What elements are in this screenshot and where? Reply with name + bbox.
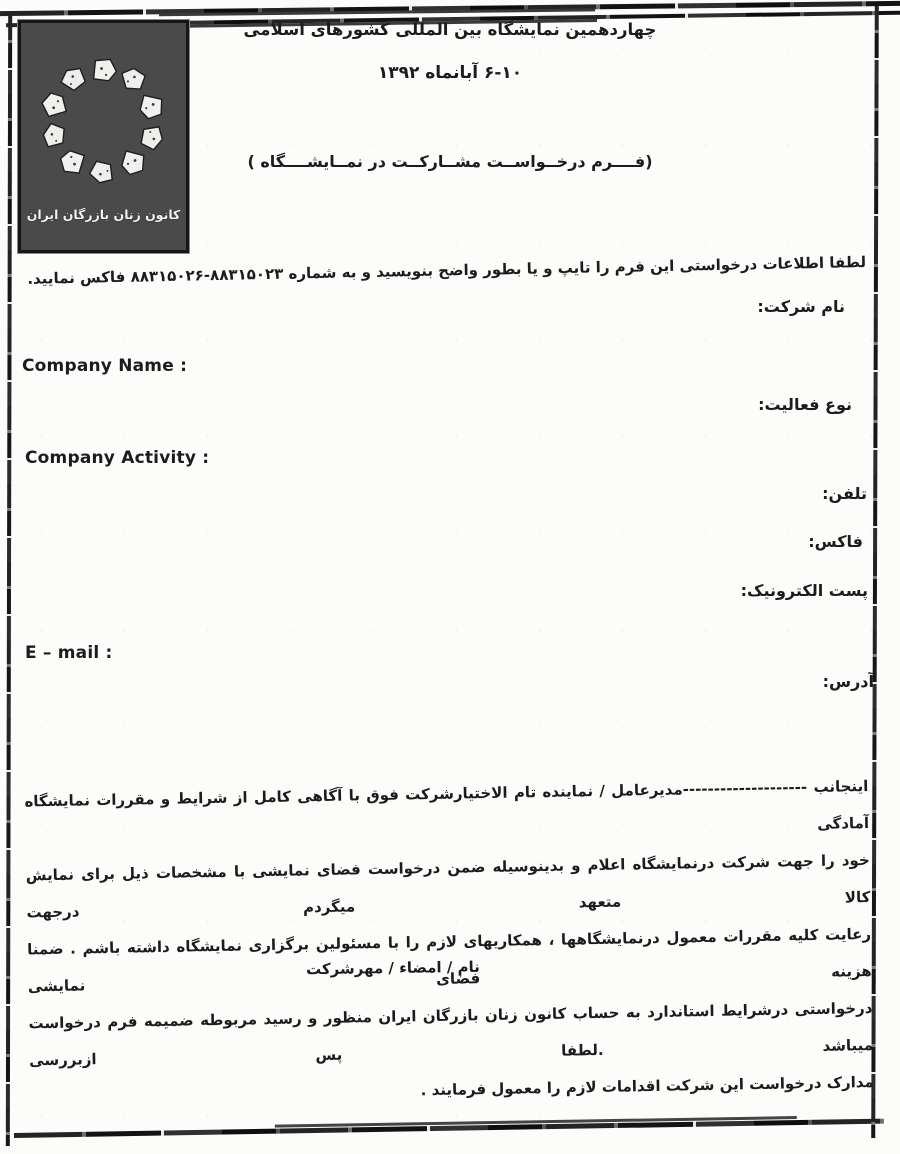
field-label-address-fa: آدرس:: [823, 672, 874, 691]
form-title: (فــــرم درخــواســت مشــارکــت در نمــا…: [120, 152, 780, 171]
border-bottom: [14, 1119, 884, 1138]
field-label-email-en: E – mail :: [25, 643, 113, 663]
field-label-activity-en: Company Activity :: [25, 448, 209, 468]
organization-logo: کانون زنان بازرگان ایران: [18, 20, 189, 253]
border-left: [6, 16, 12, 1146]
declaration-paragraph: اینجانب --------------------مدیرعامل / ن…: [24, 768, 874, 1116]
field-label-company-name-fa: نام شرکت:: [757, 297, 845, 316]
border-right: [871, 6, 879, 1138]
field-label-activity-fa: نوع فعالیت:: [758, 395, 852, 414]
field-label-email-fa: پست الکترونیک:: [741, 581, 868, 600]
exhibition-title: چهاردهمین نمایشگاه بین المللی کشورهای اس…: [120, 20, 780, 39]
signature-stamp-label: نام / امضاء / مهرشرکت: [306, 958, 480, 978]
exhibition-date: ۶-۱۰ آبانماه ۱۳۹۲: [120, 63, 780, 83]
field-label-fax-fa: فاکس:: [808, 532, 863, 551]
scanned-form-page: کانون زنان بازرگان ایران چهاردهمین نمایش…: [0, 0, 900, 1154]
logo-caption: کانون زنان بازرگان ایران: [21, 207, 186, 222]
field-label-company-name-en: Company Name :: [22, 356, 187, 376]
field-label-phone-fa: تلفن:: [822, 484, 867, 503]
fax-instruction: لطفا اطلاعات درخواستی این فرم را تایپ و …: [27, 253, 866, 288]
